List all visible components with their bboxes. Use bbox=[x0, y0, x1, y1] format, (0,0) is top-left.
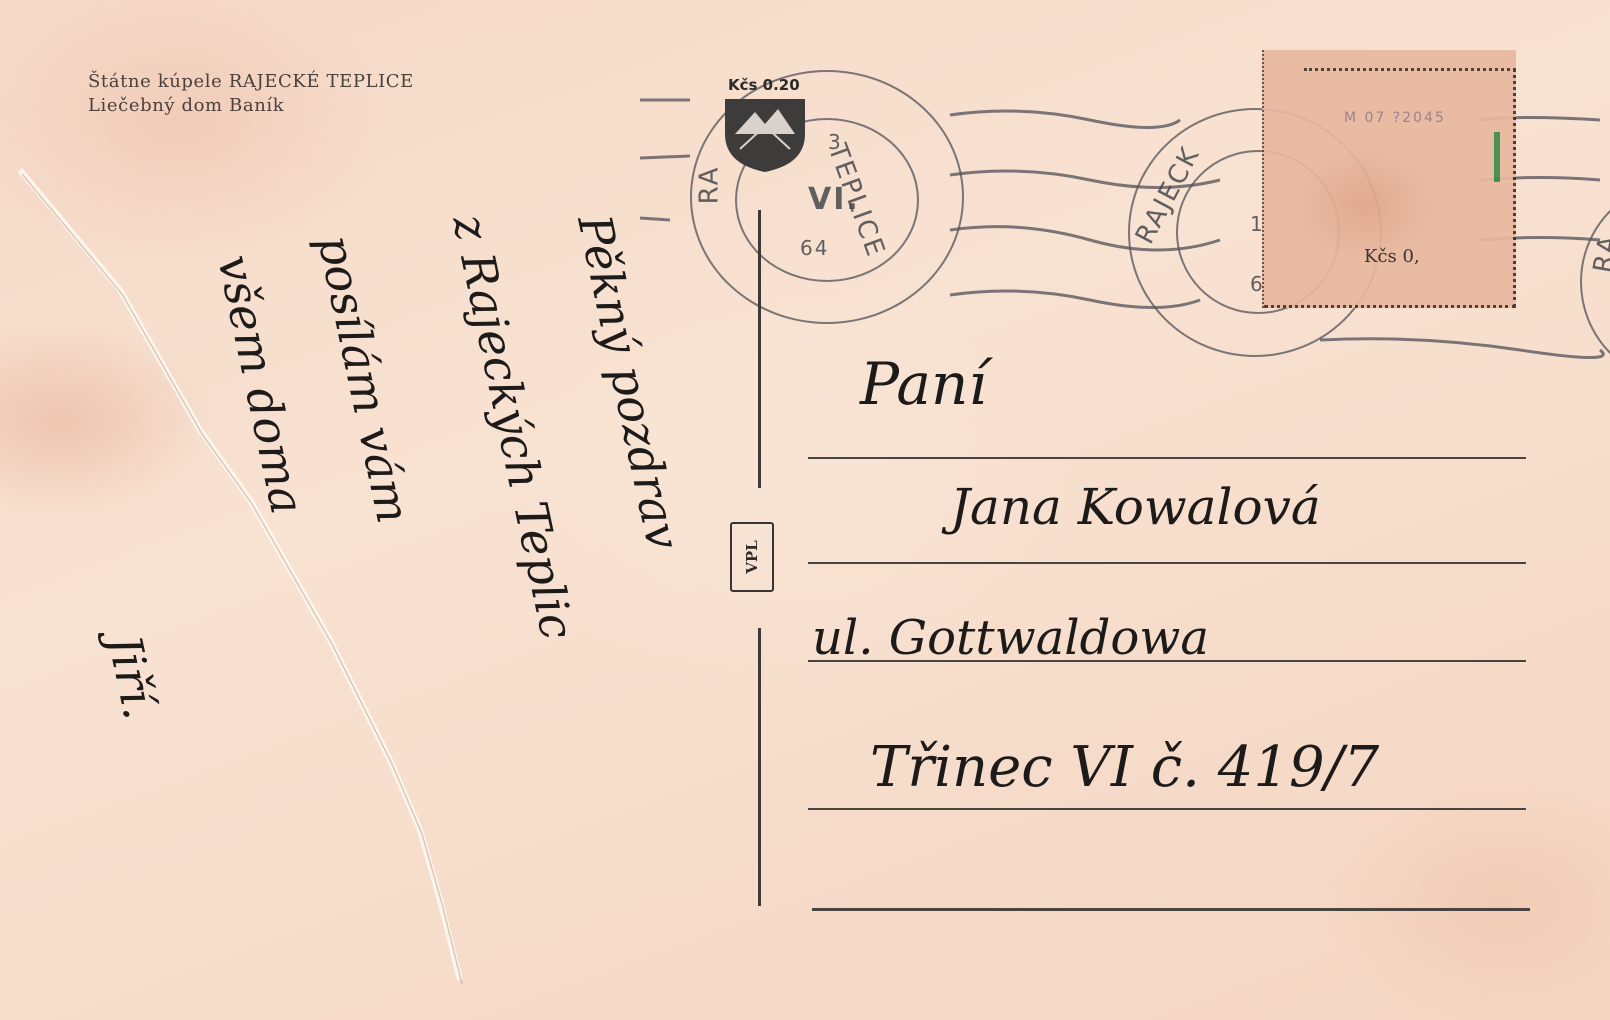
stamp-green-mark bbox=[1494, 132, 1500, 182]
adhesive-stamp: M 07 ?2045 Kčs 0, bbox=[1262, 50, 1516, 308]
handwritten-message: Pěkný pozdrav z Rajeckých Teplic posílám… bbox=[100, 190, 660, 970]
address-rule-4 bbox=[808, 808, 1526, 810]
imprinted-stamp-value: Kčs 0.20 bbox=[728, 76, 800, 94]
publisher-line-2: Liečebný dom Baník bbox=[88, 94, 414, 118]
address-rule-5 bbox=[812, 908, 1530, 911]
postmark-1-year: 64 bbox=[800, 236, 829, 260]
postmark-1-month: VI. bbox=[808, 182, 860, 217]
address-city: Třinec VI č. 419/7 bbox=[870, 735, 1379, 800]
address-recipient: Jana Kowalová bbox=[950, 478, 1321, 536]
postmark-1-day: 3 bbox=[828, 130, 843, 154]
postcard: Štátne kúpele RAJECKÉ TEPLICE Liečebný d… bbox=[0, 0, 1610, 1020]
message-signature: Jiří. bbox=[97, 630, 167, 724]
address-salutation: Paní bbox=[860, 350, 987, 418]
center-divider-top bbox=[758, 210, 761, 488]
message-line-2: z Rajeckých Teplic bbox=[442, 210, 585, 644]
printer-mark-text: VPL bbox=[743, 540, 761, 573]
address-street: ul. Gottwaldowa bbox=[812, 610, 1209, 666]
message-line-3: posílám vám bbox=[307, 230, 421, 528]
stamp-value: Kčs 0, bbox=[1364, 246, 1420, 267]
stamp-perforation-bottom bbox=[1264, 305, 1516, 308]
imprinted-stamp: Kčs 0.20 bbox=[708, 76, 828, 176]
printer-mark: VPL bbox=[730, 522, 774, 592]
stamp-perforation-right bbox=[1513, 68, 1516, 308]
publisher-line-1: Štátne kúpele RAJECKÉ TEPLICE bbox=[88, 70, 414, 94]
center-divider-bottom bbox=[758, 628, 761, 906]
address-rule-2 bbox=[808, 562, 1526, 564]
address-rule-1 bbox=[808, 457, 1526, 459]
message-line-4: všem doma bbox=[207, 250, 315, 519]
stamp-perforation-top bbox=[1304, 68, 1516, 71]
mountain-shield-icon bbox=[720, 94, 810, 174]
stamp-serial: M 07 ?2045 bbox=[1344, 110, 1446, 126]
publisher-imprint: Štátne kúpele RAJECKÉ TEPLICE Liečebný d… bbox=[88, 70, 414, 118]
